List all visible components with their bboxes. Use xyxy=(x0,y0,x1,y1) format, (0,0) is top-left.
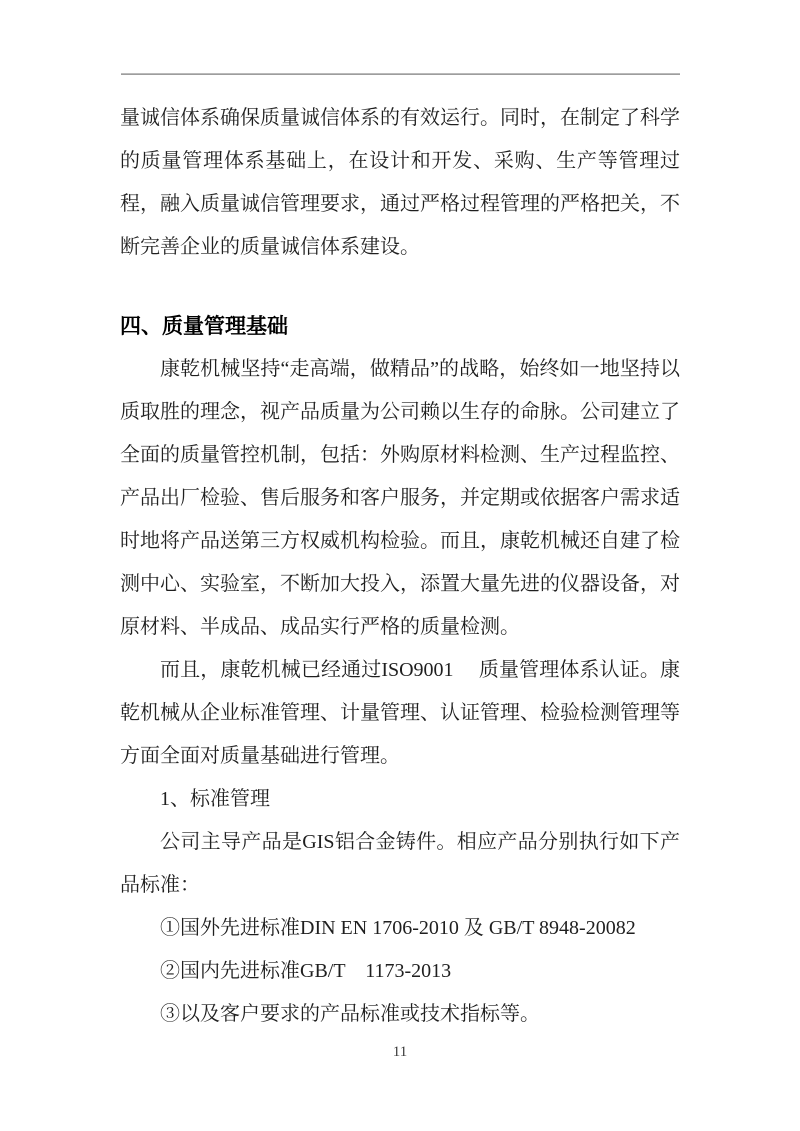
page-body: 量诚信体系确保质量诚信体系的有效运行。同时，在制定了科学的质量管理体系基础上，在… xyxy=(120,97,680,1036)
standard-item-1: ①国外先进标准DIN EN 1706-2010 及 GB/T 8948-2008… xyxy=(120,907,680,950)
paragraph-continuation: 量诚信体系确保质量诚信体系的有效运行。同时，在制定了科学的质量管理体系基础上，在… xyxy=(120,97,680,269)
header-divider-rule xyxy=(121,73,680,75)
standard-item-2: ②国内先进标准GB/T 1173-2013 xyxy=(120,950,680,993)
paragraph-products: 公司主导产品是GIS铝合金铸件。相应产品分别执行如下产品标准： xyxy=(120,821,680,907)
section-heading: 四、质量管理基础 xyxy=(120,305,680,348)
standard-item-3: ③以及客户要求的产品标准或技术指标等。 xyxy=(120,993,680,1036)
paragraph-iso-certification: 而且，康乾机械已经通过ISO9001 质量管理体系认证。康乾机械从企业标准管理、… xyxy=(120,649,680,778)
subheading-standards: 1、标准管理 xyxy=(120,778,680,821)
paragraph-quality-control: 康乾机械坚持“走高端，做精品”的战略，始终如一地坚持以质取胜的理念，视产品质量为… xyxy=(120,348,680,649)
document-page: 量诚信体系确保质量诚信体系的有效运行。同时，在制定了科学的质量管理体系基础上，在… xyxy=(0,0,800,1131)
page-number: 11 xyxy=(0,1042,800,1062)
